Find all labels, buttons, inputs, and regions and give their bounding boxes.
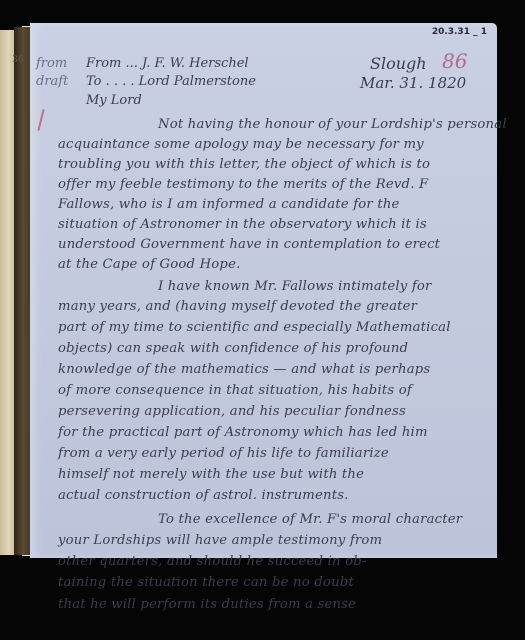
letter-line: your Lordships will have ample testimony… [58,533,382,548]
salutation: My Lord [86,93,142,108]
from-line: From ... J. F. W. Herschel [86,56,249,71]
letter-date: Mar. 31. 1820 [360,74,466,92]
letter-line: understood Government have in contemplat… [58,237,440,252]
left-page-edge [0,30,14,555]
letter-line: of more consequence in that situation, h… [58,383,412,398]
letter-line: many years, and (having myself devoted t… [58,299,417,314]
letter-line: objects) can speak with confidence of hi… [58,341,408,356]
letter-line: part of my time to scientific and especi… [58,320,451,335]
letter-line: offer my feeble testimony to the merits … [58,177,428,192]
letter-line: To the excellence of Mr. F's moral chara… [158,512,462,527]
gutter-mark: 36 [12,55,23,65]
to-line: To . . . . Lord Palmerstone [86,74,256,89]
letter-line: other quarters, and should he succeed in… [58,554,367,569]
letter-line: acquaintance some apology may be necessa… [58,137,424,152]
letter-line: for the practical part of Astronomy whic… [58,425,428,440]
margin-note-draft: draft [36,74,68,89]
letter-line: from a very early period of his life to … [58,446,389,461]
letter-page: 20.3.31 _ 1 from draft From ... J. F. W.… [30,23,497,558]
reference-number: 20.3.31 _ 1 [432,27,487,37]
margin-note-from: from [36,56,67,71]
pink-pencil-mark [37,109,44,131]
letter-line: persevering application, and his peculia… [58,404,406,419]
letter-line: himself not merely with the use but with… [58,467,364,482]
place: Slough [370,54,427,73]
letter-line: actual construction of astrol. instrumen… [58,488,349,503]
letter-line: I have known Mr. Fallows intimately for [158,279,432,294]
letter-line: situation of Astronomer in the observato… [58,217,427,232]
letter-line: Not having the honour of your Lordship's… [158,117,507,132]
letter-line: that he will perform its duties from a s… [58,597,356,612]
letter-line: knowledge of the mathematics — and what … [58,362,430,377]
letter-line: troubling you with this letter, the obje… [58,157,430,172]
folio-number: 86 [442,49,467,73]
letter-line: Fallows, who is I am informed a candidat… [58,197,400,212]
letter-line: taining the situation there can be no do… [58,575,354,590]
letter-line: at the Cape of Good Hope. [58,257,240,272]
